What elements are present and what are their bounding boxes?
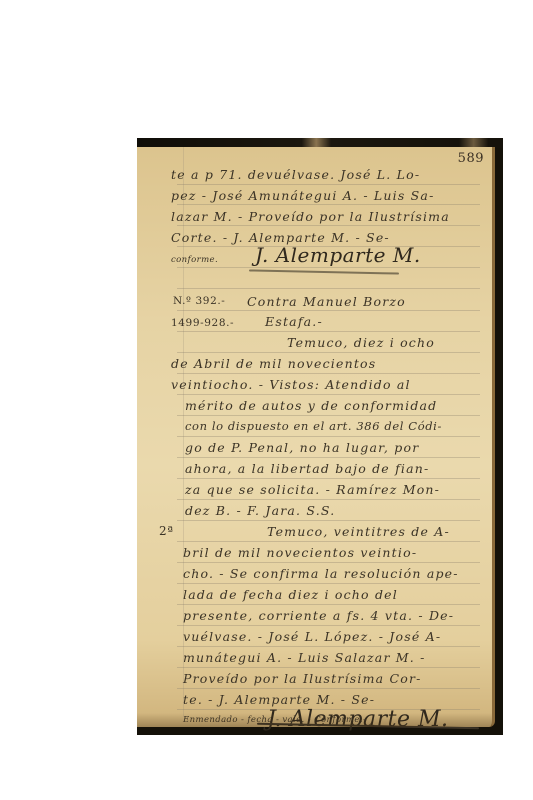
signature: J. Alemparte M. <box>255 243 421 267</box>
amendment-note: Enmendado - fecha - vale. - Conforme.- <box>183 715 366 725</box>
text-line: mérito de autos y de conformidad <box>185 398 437 413</box>
ruling-line <box>177 310 480 311</box>
text-line: con lo dispuesto en el art. 386 del Códi… <box>185 419 442 433</box>
entry-number: N.º 392.- <box>173 295 225 307</box>
entry-reference: 1499-928.- <box>171 317 234 329</box>
text-line: de Abril de mil novecientos <box>171 356 376 371</box>
ruling-line <box>177 541 480 542</box>
text-line: cho. - Se confirma la resolución ape- <box>183 566 459 581</box>
text-line: dez B. - F. Jara. S.S. <box>185 503 335 518</box>
text-line: za que se solicita. - Ramírez Mon- <box>185 482 440 497</box>
ruling-line <box>177 457 480 458</box>
ruling-line <box>177 604 480 605</box>
text-line: pez - José Amunátegui A. - Luis Sa- <box>171 188 435 203</box>
text-line: ahora, a la libertad bajo de fian- <box>185 461 429 476</box>
text-line: lada de fecha diez i ocho del <box>183 587 398 602</box>
ruling-line <box>177 267 480 268</box>
ruling-line <box>177 625 480 626</box>
ruling-line <box>177 583 480 584</box>
ruling-line <box>177 331 480 332</box>
text-line: vuélvase. - José L. López. - José A- <box>183 629 441 644</box>
ruling-line <box>177 352 480 353</box>
ruling-line <box>177 520 480 521</box>
entry-crime: Estafa.- <box>265 314 323 329</box>
text-line: Proveído por la Ilustrísima Cor- <box>183 671 422 686</box>
text-line: munátegui A. - Luis Salazar M. - <box>183 650 426 665</box>
ruling-line <box>177 204 480 205</box>
text-line: go de P. Penal, no ha lugar, por <box>185 440 419 455</box>
scanned-ledger-photo: 589 te a p 71. devuélvase. José L. Lo- p… <box>137 138 503 735</box>
text-line: bril de mil novecientos veintio- <box>183 545 417 560</box>
ruling-line <box>177 394 480 395</box>
ruling-line <box>177 415 480 416</box>
ruling-line <box>177 646 480 647</box>
ruling-line <box>177 184 480 185</box>
page-number: 589 <box>458 151 484 166</box>
signature: J. Alemparte M. <box>267 707 449 732</box>
ruling-line <box>177 373 480 374</box>
text-line: conforme. <box>171 255 218 265</box>
ruling-line <box>177 288 480 289</box>
ruling-line <box>177 436 480 437</box>
ruling-line <box>177 225 480 226</box>
ruling-line <box>177 562 480 563</box>
ruling-line <box>177 499 480 500</box>
text-line: te a p 71. devuélvase. José L. Lo- <box>171 167 420 182</box>
text-line: veintiocho. - Vistos: Atendido al <box>171 377 411 392</box>
text-line: Temuco, diez i ocho <box>287 335 435 350</box>
text-line: presente, corriente a fs. 4 vta. - De- <box>183 608 454 623</box>
text-line: te. - J. Alemparte M. - Se- <box>183 692 375 707</box>
ruling-line <box>177 667 480 668</box>
signature-underline <box>249 269 399 274</box>
ruling-line <box>177 478 480 479</box>
entry-parties: Contra Manuel Borzo <box>247 294 406 309</box>
text-line: Temuco, veintitres de A- <box>267 524 450 539</box>
ledger-page: 589 te a p 71. devuélvase. José L. Lo- p… <box>137 147 495 727</box>
ruling-line <box>177 688 480 689</box>
entry-marker: 2ª <box>159 524 174 538</box>
text-line: lazar M. - Proveído por la Ilustrísima <box>171 209 450 224</box>
